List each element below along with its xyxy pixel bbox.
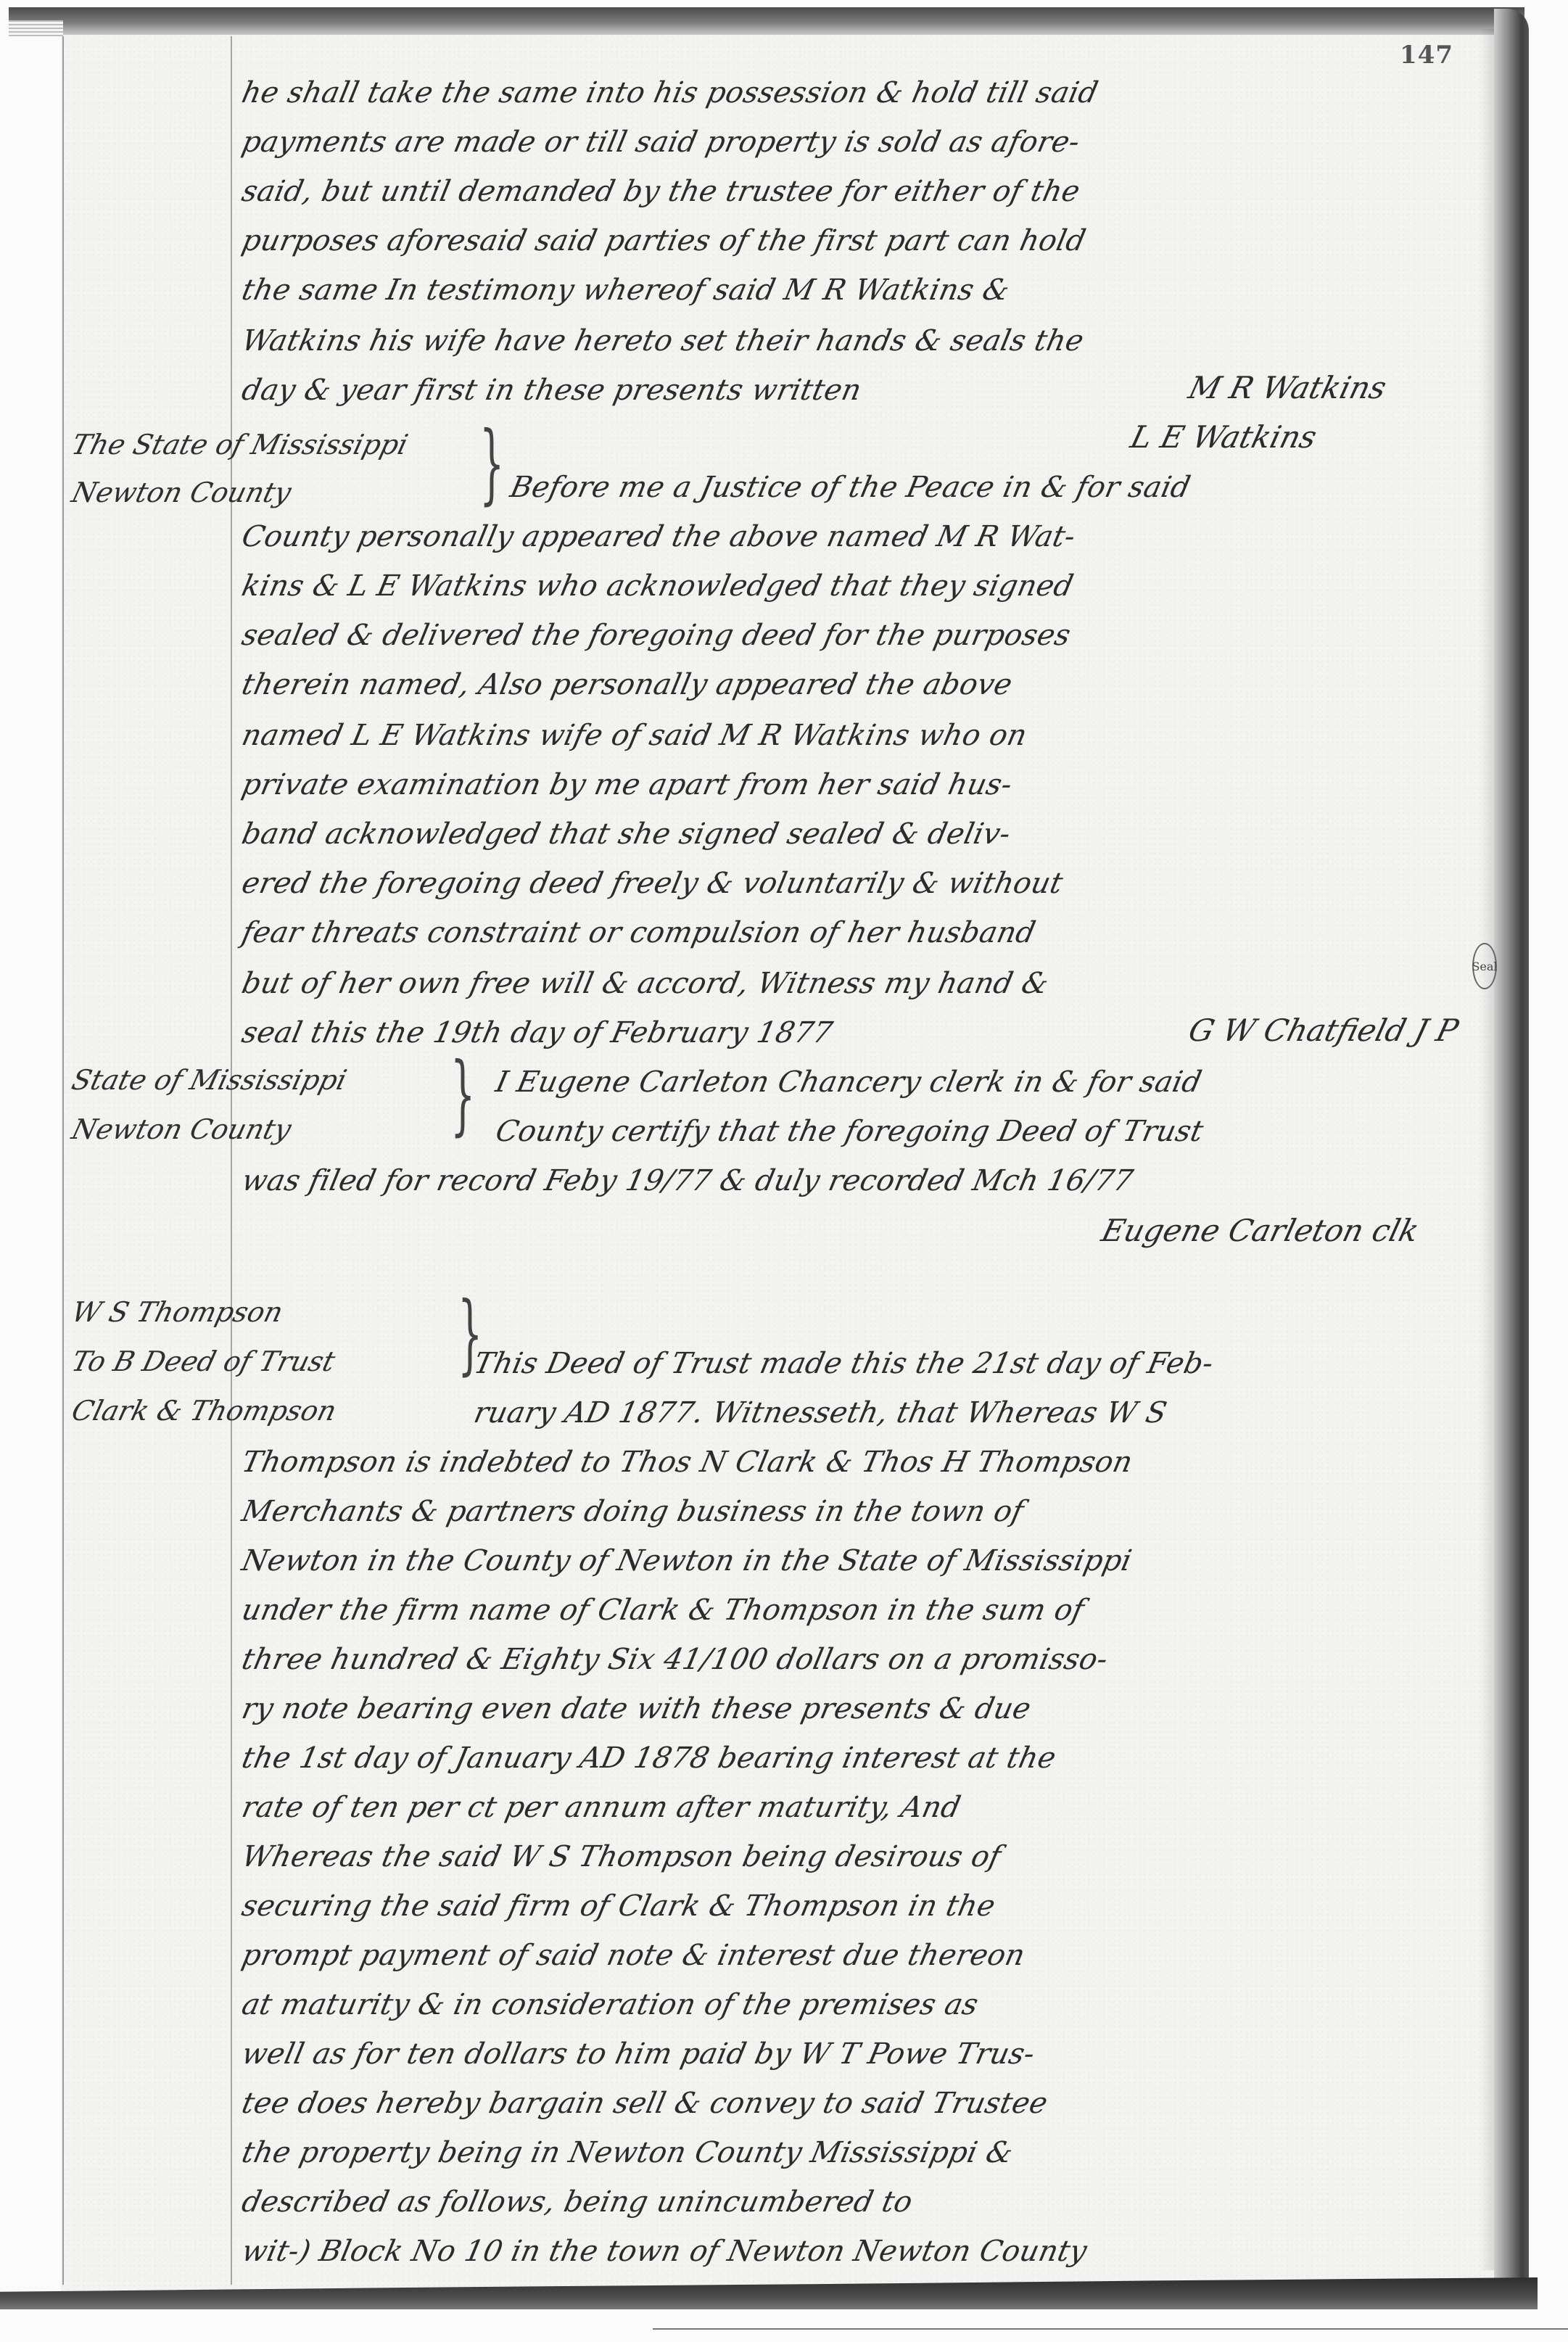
text-line: payments are made or till said property … [239, 128, 1493, 157]
signature-l-e-watkins: L E Watkins [1128, 422, 1320, 453]
margin-note-instrument: To B Deed of Trust [69, 1348, 337, 1375]
text-line: the 1st day of January AD 1878 bearing i… [239, 1744, 1493, 1773]
text-line: day & year first in these presents writt… [239, 376, 1044, 405]
margin-note-grantor: W S Thompson [69, 1298, 286, 1326]
seal-mark: Seal [1472, 943, 1497, 989]
margin-note-county: Newton County [69, 1116, 294, 1143]
page-number: 147 [1400, 41, 1453, 70]
page-stack-edge [9, 20, 63, 36]
text-line: ruary AD 1877. Witnesseth, that Whereas … [471, 1398, 1493, 1427]
text-line: the property being in Newton County Miss… [239, 2138, 1493, 2167]
text-line: but of her own free will & accord, Witne… [239, 969, 1493, 998]
text-line: securing the said firm of Clark & Thomps… [239, 1892, 1493, 1921]
text-line: Whereas the said W S Thompson being desi… [239, 1842, 1493, 1871]
margin-rule-inner [231, 36, 232, 2285]
text-line: band acknowledged that she signed sealed… [239, 820, 1493, 849]
margin-note-grantee: Clark & Thompson [69, 1397, 339, 1424]
text-line: under the firm name of Clark & Thompson … [239, 1596, 1493, 1625]
text-line: ered the foregoing deed freely & volunta… [239, 869, 1493, 898]
text-line: fear threats constraint or compulsion of… [239, 918, 1493, 947]
text-line: seal this the 19th day of February 1877 [239, 1018, 1116, 1047]
page-curl-shadow [1480, 29, 1495, 2270]
scanner-edge-line [653, 2328, 1568, 2330]
margin-note-state: The State of Mississippi [69, 431, 410, 458]
text-line: well as for ten dollars to him paid by W… [239, 2040, 1493, 2069]
text-line: was filed for record Feby 19/77 & duly r… [239, 1166, 1493, 1195]
text-line: the same In testimony whereof said M R W… [239, 276, 1493, 305]
text-line: said, but until demanded by the trustee … [239, 177, 1493, 206]
text-line: County certify that the foregoing Deed o… [493, 1117, 1493, 1146]
text-line: ry note bearing even date with these pre… [239, 1694, 1493, 1723]
text-line: therein named, Also personally appeared … [239, 670, 1493, 699]
text-line: Newton in the County of Newton in the St… [239, 1546, 1493, 1575]
text-line: sealed & delivered the foregoing deed fo… [239, 621, 1493, 650]
page-top-edge [9, 7, 1524, 35]
text-line: he shall take the same into his possessi… [239, 78, 1493, 107]
text-line: described as follows, being unincumbered… [239, 2188, 1493, 2217]
text-line: wit-) Block No 10 in the town of Newton … [239, 2237, 1493, 2266]
signature-justice-of-peace: G W Chatfield J P [1186, 1015, 1461, 1046]
text-line: rate of ten per ct per annum after matur… [239, 1793, 1493, 1822]
bracket-brace: } [479, 421, 504, 508]
text-line: named L E Watkins wife of said M R Watki… [239, 721, 1493, 750]
text-line: This Deed of Trust made this the 21st da… [471, 1349, 1493, 1378]
text-line: tee does hereby bargain sell & convey to… [239, 2089, 1493, 2118]
text-line: three hundred & Eighty Six 41/100 dollar… [239, 1645, 1493, 1674]
text-line: Before me a Justice of the Peace in & fo… [508, 473, 1493, 502]
text-line: at maturity & in consideration of the pr… [239, 1990, 1493, 2019]
text-line: kins & L E Watkins who acknowledged that… [239, 572, 1493, 601]
signature-m-r-watkins: M R Watkins [1186, 373, 1390, 403]
book-binding-edge [1494, 9, 1529, 2293]
bracket-brace: } [450, 1052, 475, 1139]
text-line: I Eugene Carleton Chancery clerk in & fo… [493, 1068, 1493, 1097]
text-line: prompt payment of said note & interest d… [239, 1941, 1493, 1970]
text-line: purposes aforesaid said parties of the f… [239, 226, 1493, 255]
text-line: Merchants & partners doing business in t… [239, 1497, 1493, 1526]
text-line: Thompson is indebted to Thos N Clark & T… [239, 1448, 1493, 1477]
margin-note-state: State of Mississippi [69, 1066, 349, 1094]
text-line: County personally appeared the above nam… [239, 522, 1493, 551]
signature-chancery-clerk: Eugene Carleton clk [1099, 1216, 1422, 1246]
text-line: Watkins his wife have hereto set their h… [239, 326, 1493, 355]
margin-note-county: Newton County [69, 479, 294, 506]
text-line: private examination by me apart from her… [239, 770, 1493, 799]
margin-rule-outer [62, 36, 64, 2285]
